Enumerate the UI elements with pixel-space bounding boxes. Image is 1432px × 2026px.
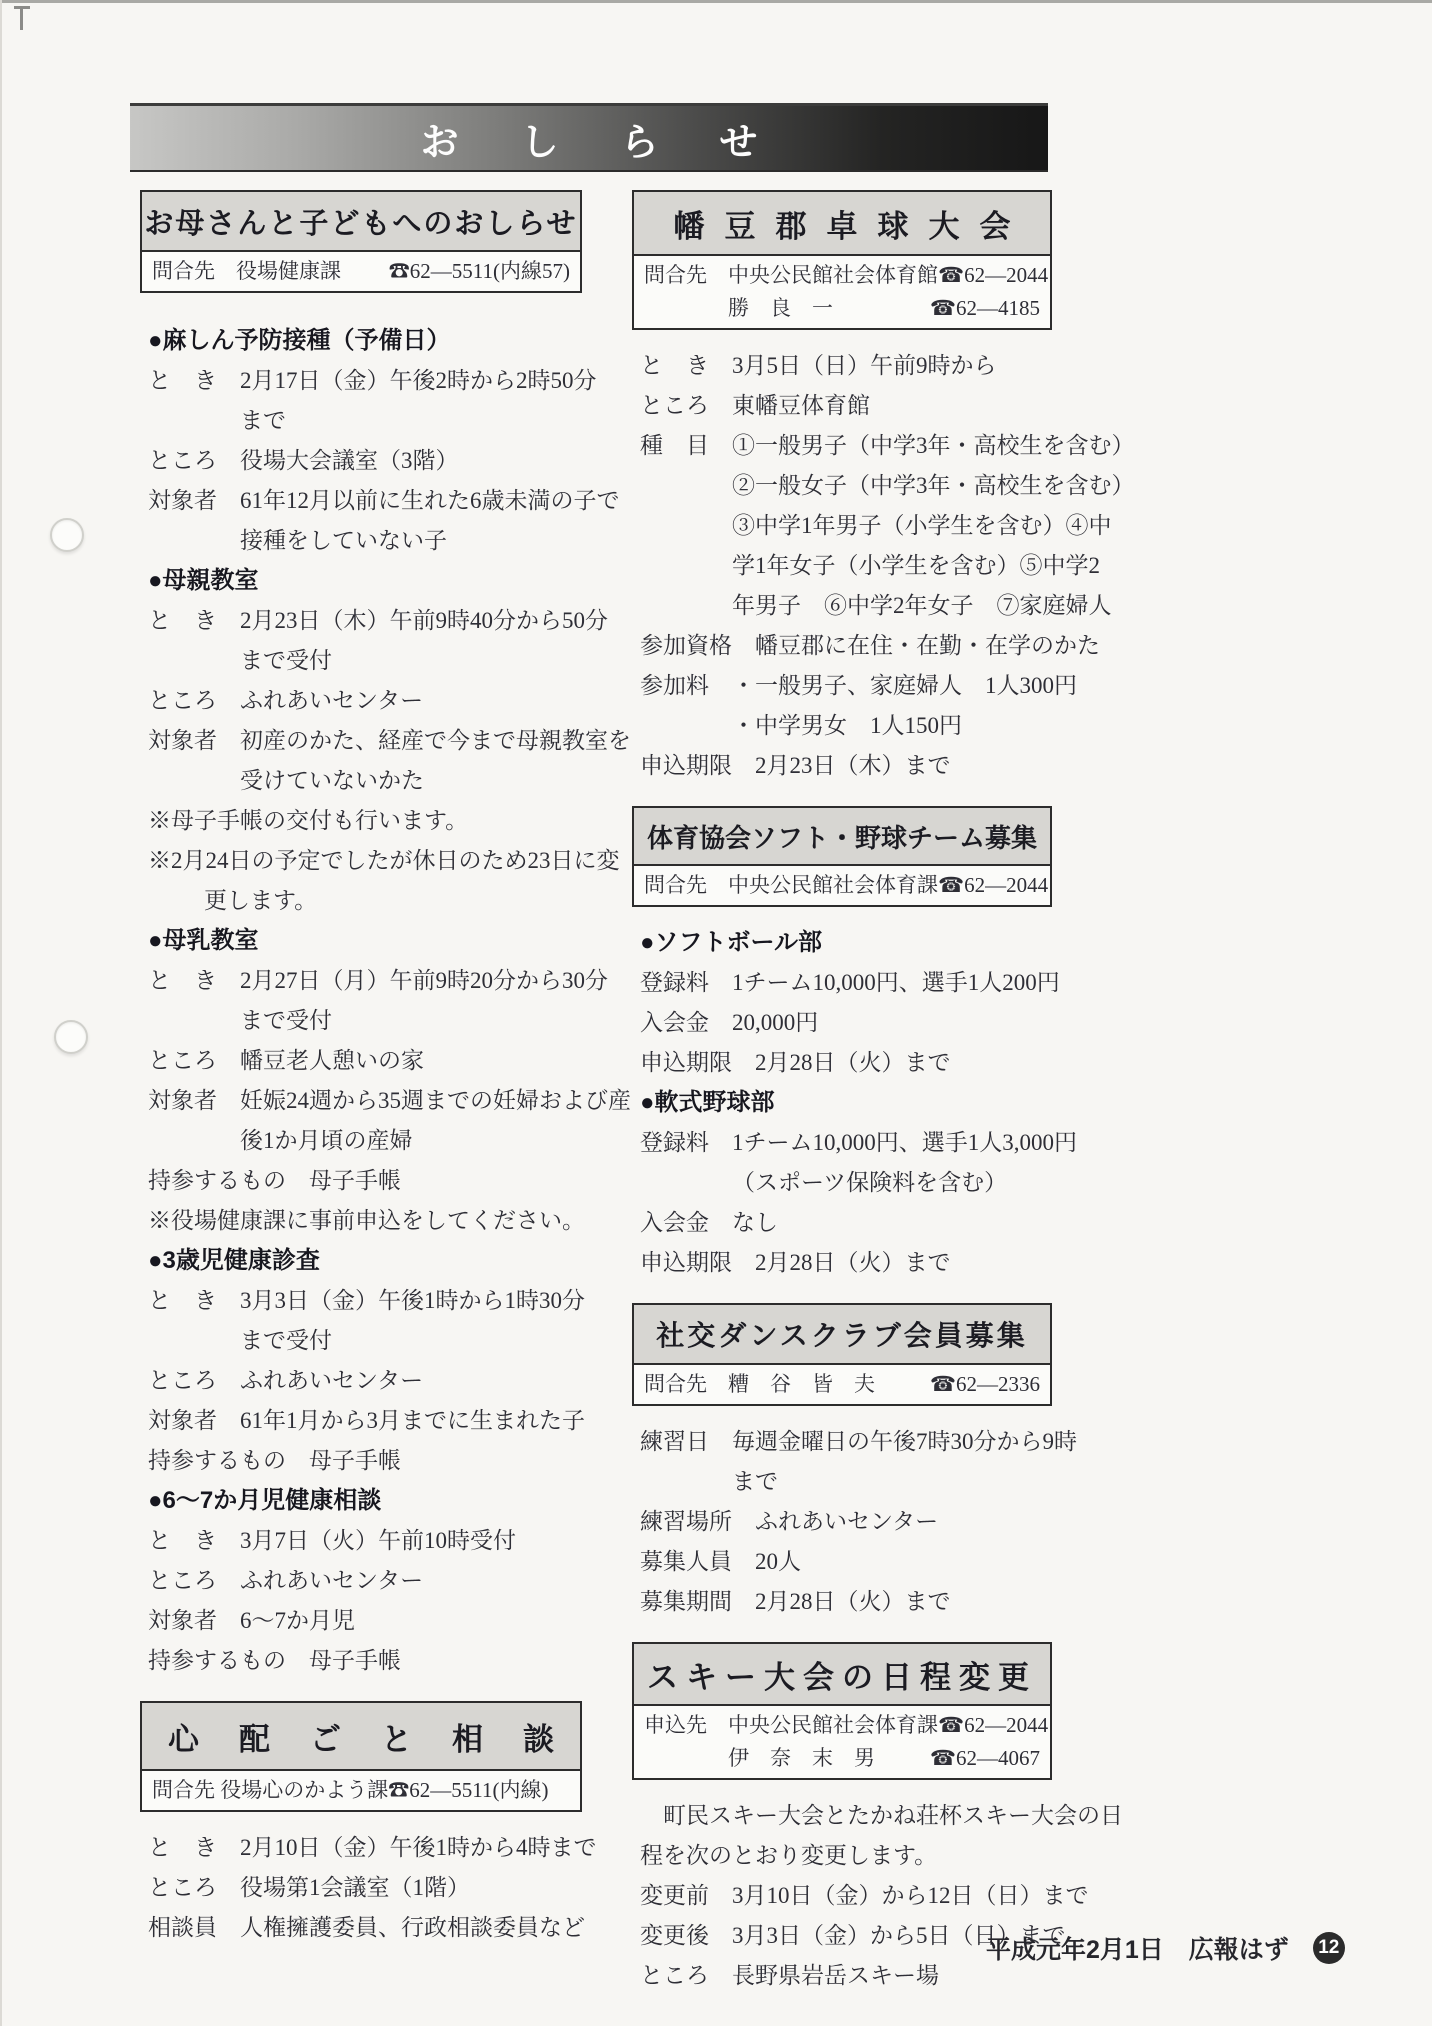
newsletter-page: おしらせ お母さんと子どもへのおしらせ 問合先 役場健康課☎62—5511(内線… [0, 0, 1432, 2026]
contact-name: 問合先 中央公民館社会体育課 [644, 869, 938, 902]
text-line: ところ 役場大会議室（3階） [148, 441, 582, 481]
text-line: まで受付 [148, 641, 582, 681]
item-heading: ●3歳児健康診査 [148, 1241, 582, 1281]
text-line: 持参するもの 母子手帳 [148, 1161, 582, 1201]
text-line: 相談員 人権擁護委員、行政相談委員など [148, 1908, 582, 1948]
text-line: ところ ふれあいセンター [148, 1361, 582, 1401]
section-title-mother-child: お母さんと子どもへのおしらせ [142, 192, 580, 252]
text-line: ※母子手帳の交付も行います。 [148, 801, 582, 841]
text-line: 参加資格 幡豆郡に在住・在勤・在学のかた [640, 626, 1052, 666]
text-line: 持参するもの 母子手帳 [148, 1441, 582, 1481]
contact-name: 伊 奈 末 男 [644, 1742, 875, 1775]
contact-name: 問合先 役場心のかよう課☎62—5511(内線) [152, 1774, 548, 1807]
contact-line: 問合先 役場健康課☎62—5511(内線57) [142, 255, 580, 288]
section-dance-box: 社交ダンスクラブ会員募集 問合先 糟 谷 皆 夫☎62—2336 [632, 1303, 1052, 1406]
scan-edge-artifact [0, 0, 1432, 3]
text-line: 接種をしていない子 [148, 521, 582, 561]
contact-info: 問合先 役場心のかよう課☎62—5511(内線) [142, 1771, 580, 1810]
contact-name: 問合先 糟 谷 皆 夫 [644, 1368, 875, 1401]
contact-phone: ☎62—4067 [930, 1742, 1040, 1775]
section-body-softball: ●ソフトボール部登録料 1チーム10,000円、選手1人200円入会金 20,0… [632, 923, 1052, 1283]
section-worry-box: 心配ごと相談 問合先 役場心のかよう課☎62—5511(内線) [140, 1701, 582, 1812]
text-line: 年男子 ⑥中学2年女子 ⑦家庭婦人 [640, 586, 1052, 626]
text-line: 練習場所 ふれあいセンター [640, 1502, 1052, 1542]
text-line: と き 2月10日（金）午後1時から4時まで [148, 1828, 582, 1868]
text-line: （スポーツ保険料を含む） [640, 1163, 1052, 1203]
text-line: 種 目 ①一般男子（中学3年・高校生を含む） [640, 426, 1052, 466]
page-footer: 平成元年2月1日 広報はず 12 [986, 1930, 1345, 1966]
text-line: ところ ふれあいセンター [148, 1561, 582, 1601]
contact-phone: ☎62—4185 [930, 292, 1040, 325]
text-line: と き 2月27日（月）午前9時20分から30分 [148, 961, 582, 1001]
text-line: 町民スキー大会とたかね荘杯スキー大会の日 [640, 1796, 1052, 1836]
left-column: お母さんと子どもへのおしらせ 問合先 役場健康課☎62—5511(内線57) ●… [140, 190, 582, 1948]
text-line: ところ 東幡豆体育館 [640, 386, 1052, 426]
text-line: 受けていないかた [148, 761, 582, 801]
text-line: と き 3月3日（金）午後1時から1時30分 [148, 1281, 582, 1321]
contact-phone: ☎62—2044 [938, 869, 1048, 902]
section-body-worry: と き 2月10日（金）午後1時から4時までところ 役場第1会議室（1階）相談員… [140, 1828, 582, 1948]
contact-info: 問合先 中央公民館社会体育課☎62—2044 [634, 866, 1050, 905]
text-line: 更します。 [148, 881, 582, 921]
text-line: ところ ふれあいセンター [148, 681, 582, 721]
item-heading: ●ソフトボール部 [640, 923, 1052, 963]
contact-name: 問合先 役場健康課 [152, 255, 341, 288]
text-line: ところ 幡豆老人憩いの家 [148, 1041, 582, 1081]
text-line: 対象者 61年12月以前に生れた6歳未満の子で [148, 481, 582, 521]
notice-banner: おしらせ [130, 103, 1048, 172]
section-title-softball: 体育協会ソフト・野球チーム募集 [634, 808, 1050, 866]
section-title-ski: スキー大会の日程変更 [634, 1644, 1050, 1706]
text-line: 入会金 なし [640, 1203, 1052, 1243]
text-line: 参加料 ・一般男子、家庭婦人 1人300円 [640, 666, 1052, 706]
punch-hole [50, 518, 84, 552]
section-pingpong-box: 幡豆郡卓球大会 問合先 中央公民館社会体育館☎62—2044 勝 良 一☎62—… [632, 190, 1052, 330]
contact-info: 問合先 糟 谷 皆 夫☎62—2336 [634, 1365, 1050, 1404]
text-line: と き 3月7日（火）午前10時受付 [148, 1521, 582, 1561]
text-line: 申込期限 2月28日（火）まで [640, 1243, 1052, 1283]
registration-mark [14, 6, 30, 9]
text-line: 申込期限 2月23日（木）まで [640, 746, 1052, 786]
item-heading: ●麻しん予防接種（予備日） [148, 321, 582, 361]
text-line: 申込期限 2月28日（火）まで [640, 1043, 1052, 1083]
contact-line: 申込先 中央公民館社会体育課☎62—2044 [634, 1709, 1050, 1742]
text-line: 後1か月頃の産婦 [148, 1121, 582, 1161]
contact-line: 問合先 役場心のかよう課☎62—5511(内線) [142, 1774, 580, 1807]
item-heading: ●母乳教室 [148, 921, 582, 961]
section-title-worry: 心配ごと相談 [142, 1703, 580, 1771]
text-line: 入会金 20,000円 [640, 1003, 1052, 1043]
contact-phone: ☎62—5511(内線57) [389, 255, 570, 288]
item-heading: ●軟式野球部 [640, 1083, 1052, 1123]
text-line: 学1年女子（小学生を含む）⑤中学2 [640, 546, 1052, 586]
text-line: と き 2月23日（木）午前9時40分から50分 [148, 601, 582, 641]
text-line: と き 3月5日（日）午前9時から [640, 346, 1052, 386]
contact-phone: ☎62—2336 [930, 1368, 1040, 1401]
text-line: 持参するもの 母子手帳 [148, 1641, 582, 1681]
text-line: と き 2月17日（金）午後2時から2時50分 [148, 361, 582, 401]
text-line: まで受付 [148, 1321, 582, 1361]
right-column: 幡豆郡卓球大会 問合先 中央公民館社会体育館☎62—2044 勝 良 一☎62—… [632, 190, 1052, 1996]
punch-hole [54, 1020, 88, 1054]
section-body-pingpong: と き 3月5日（日）午前9時からところ 東幡豆体育館種 目 ①一般男子（中学3… [632, 346, 1052, 786]
text-line: 変更前 3月10日（金）から12日（日）まで [640, 1876, 1052, 1916]
text-line: 募集人員 20人 [640, 1542, 1052, 1582]
section-ski-box: スキー大会の日程変更 申込先 中央公民館社会体育課☎62—2044 伊 奈 末 … [632, 1642, 1052, 1780]
text-line: 対象者 初産のかた、経産で今まで母親教室を [148, 721, 582, 761]
contact-info: 問合先 役場健康課☎62—5511(内線57) [142, 252, 580, 291]
text-line: 練習日 毎週金曜日の午後7時30分から9時 [640, 1422, 1052, 1462]
text-line: 程を次のとおり変更します。 [640, 1836, 1052, 1876]
text-line: 登録料 1チーム10,000円、選手1人200円 [640, 963, 1052, 1003]
text-line: ②一般女子（中学3年・高校生を含む） [640, 466, 1052, 506]
registration-mark [20, 6, 23, 30]
contact-name: 勝 良 一 [644, 292, 833, 325]
contact-name: 申込先 中央公民館社会体育課 [644, 1709, 938, 1742]
text-line: まで受付 [148, 1001, 582, 1041]
contact-line: 問合先 中央公民館社会体育課☎62—2044 [634, 869, 1050, 902]
text-line: ※役場健康課に事前申込をしてください。 [148, 1201, 582, 1241]
item-heading: ●6～7か月児健康相談 [148, 1481, 582, 1521]
contact-info: 申込先 中央公民館社会体育課☎62—2044 伊 奈 末 男☎62—4067 [634, 1706, 1050, 1778]
text-line: 登録料 1チーム10,000円、選手1人3,000円 [640, 1123, 1052, 1163]
issue-date-line: 平成元年2月1日 広報はず [986, 1930, 1289, 1966]
section-softball-box: 体育協会ソフト・野球チーム募集 問合先 中央公民館社会体育課☎62—2044 [632, 806, 1052, 907]
text-line: 募集期間 2月28日（火）まで [640, 1582, 1052, 1622]
text-line: ところ 役場第1会議室（1階） [148, 1868, 582, 1908]
section-title-pingpong: 幡豆郡卓球大会 [634, 192, 1050, 256]
contact-line: 問合先 糟 谷 皆 夫☎62—2336 [634, 1368, 1050, 1401]
text-line: まで [640, 1462, 1052, 1502]
text-line: ※2月24日の予定でしたが休日のため23日に変 [148, 841, 582, 881]
text-line: 対象者 妊娠24週から35週までの妊婦および産 [148, 1081, 582, 1121]
text-line: ③中学1年男子（小学生を含む）④中 [640, 506, 1052, 546]
text-line: ・中学男女 1人150円 [640, 706, 1052, 746]
contact-line: 勝 良 一☎62—4185 [634, 292, 1050, 325]
text-line: まで [148, 401, 582, 441]
contact-line: 問合先 中央公民館社会体育館☎62—2044 [634, 259, 1050, 292]
page-number-badge: 12 [1313, 1932, 1345, 1964]
contact-line: 伊 奈 末 男☎62—4067 [634, 1742, 1050, 1775]
banner-title: おしらせ [359, 111, 820, 166]
scan-edge-artifact [0, 0, 2, 2026]
contact-phone: ☎62—2044 [938, 1709, 1048, 1742]
item-heading: ●母親教室 [148, 561, 582, 601]
section-body-mother-child: ●麻しん予防接種（予備日）と き 2月17日（金）午後2時から2時50分までとこ… [140, 321, 582, 1681]
section-body-ski: 町民スキー大会とたかね荘杯スキー大会の日程を次のとおり変更します。変更前 3月1… [632, 1796, 1052, 1996]
section-body-dance: 練習日 毎週金曜日の午後7時30分から9時まで練習場所 ふれあいセンター募集人員… [632, 1422, 1052, 1622]
text-line: 対象者 61年1月から3月までに生まれた子 [148, 1401, 582, 1441]
text-line: 対象者 6～7か月児 [148, 1601, 582, 1641]
section-title-dance: 社交ダンスクラブ会員募集 [634, 1305, 1050, 1365]
section-mother-child-box: お母さんと子どもへのおしらせ 問合先 役場健康課☎62—5511(内線57) [140, 190, 582, 293]
contact-info: 問合先 中央公民館社会体育館☎62—2044 勝 良 一☎62—4185 [634, 256, 1050, 328]
contact-name: 問合先 中央公民館社会体育館 [644, 259, 938, 292]
contact-phone: ☎62—2044 [938, 259, 1048, 292]
